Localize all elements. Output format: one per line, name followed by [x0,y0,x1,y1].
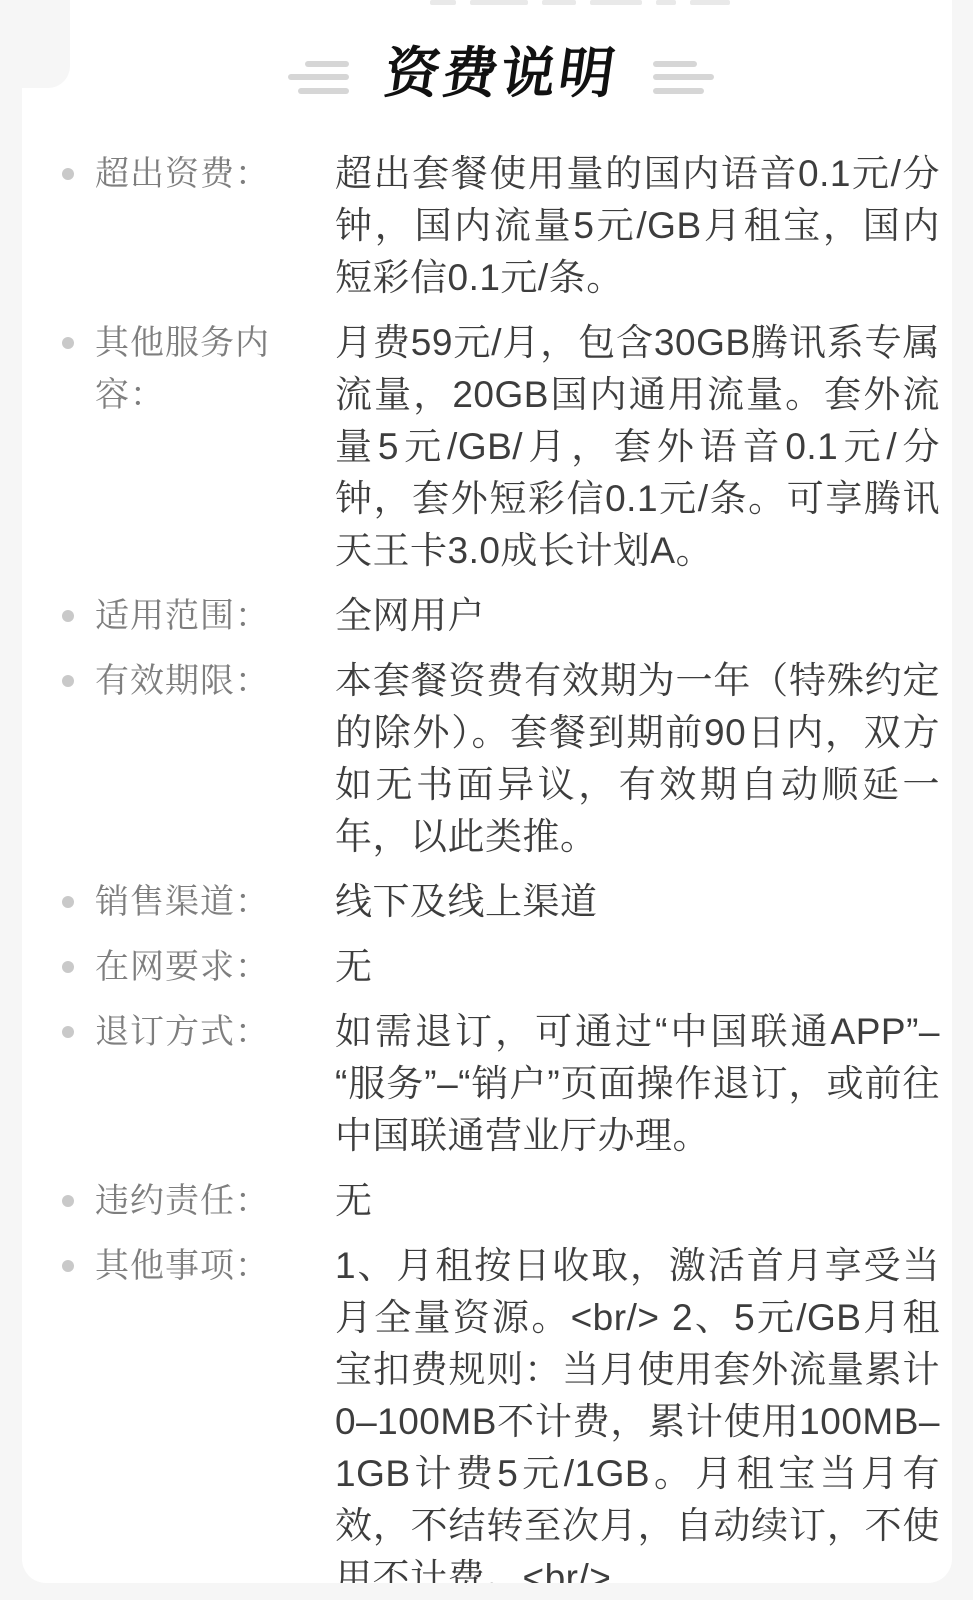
fee-item-content: 无 [335,941,940,993]
bullet-icon [62,961,74,973]
fee-item-row: 在网要求： 无 [62,941,940,993]
fee-item-row: 退订方式： 如需退订，可通过“中国联通APP”–“服务”–“销户”页面操作退订，… [62,1006,940,1162]
bullet-icon [62,1260,74,1272]
bullet-icon [62,337,74,349]
bullet-icon [62,1026,74,1038]
fee-items-list: 超出资费： 超出套餐使用量的国内语音0.1元/分钟，国内流量5元/GB月租宝，国… [62,148,940,1583]
fee-item-row: 适用范围： 全网用户 [62,590,940,642]
page-title: 资费说明 [380,40,621,106]
fee-item-content: 线下及线上渠道 [335,876,940,928]
bullet-icon [62,1195,74,1207]
fee-item-row: 其他事项： 1、月租按日收取，激活首月享受当月全量资源。<br/> 2、5元/G… [62,1240,940,1583]
section-title-row: 资费说明 [62,36,940,110]
fee-description-card: 资费说明 超出资费： 超出套餐使用量的国内语音0.1元/分钟，国内流量5元/GB… [22,0,952,1583]
speed-lines-right-icon [653,61,714,94]
fee-item-label: 适用范围： [95,590,335,642]
fee-item-label: 在网要求： [95,941,335,993]
speed-lines-left-icon [288,61,349,94]
fee-item-row: 超出资费： 超出套餐使用量的国内语音0.1元/分钟，国内流量5元/GB月租宝，国… [62,148,940,304]
fee-item-content: 月费59元/月，包含30GB腾讯系专属流量，20GB国内通用流量。套外流量5元/… [335,317,940,577]
fee-description-page: { "page": { "title": "资费说明" }, "icons": … [0,0,973,1600]
fee-item-label: 超出资费： [95,148,335,200]
fee-item-content: 超出套餐使用量的国内语音0.1元/分钟，国内流量5元/GB月租宝，国内短彩信0.… [335,148,940,304]
fee-item-label: 其他服务内容： [95,317,335,421]
fee-item-row: 销售渠道： 线下及线上渠道 [62,876,940,928]
fee-item-row: 违约责任： 无 [62,1175,940,1227]
fee-item-row: 其他服务内容： 月费59元/月，包含30GB腾讯系专属流量，20GB国内通用流量… [62,317,940,577]
fee-item-content: 本套餐资费有效期为一年（特殊约定的除外）。套餐到期前90日内，双方如无书面异议，… [335,655,940,863]
fee-item-content: 全网用户 [335,590,940,642]
fee-item-label: 销售渠道： [95,876,335,928]
bullet-icon [62,168,74,180]
fee-item-row: 有效期限： 本套餐资费有效期为一年（特殊约定的除外）。套餐到期前90日内，双方如… [62,655,940,863]
fee-item-label: 违约责任： [95,1175,335,1227]
fee-item-label: 有效期限： [95,655,335,707]
bullet-icon [62,675,74,687]
bullet-icon [62,896,74,908]
fee-item-content: 1、月租按日收取，激活首月享受当月全量资源。<br/> 2、5元/GB月租宝扣费… [335,1240,940,1583]
fee-item-content: 如需退订，可通过“中国联通APP”–“服务”–“销户”页面操作退订，或前往中国联… [335,1006,940,1162]
fee-item-label: 退订方式： [95,1006,335,1058]
fee-item-label: 其他事项： [95,1240,335,1292]
bullet-icon [62,610,74,622]
fee-item-content: 无 [335,1175,940,1227]
previous-section-remnant [0,0,70,88]
cutoff-text-remnant [430,0,730,6]
